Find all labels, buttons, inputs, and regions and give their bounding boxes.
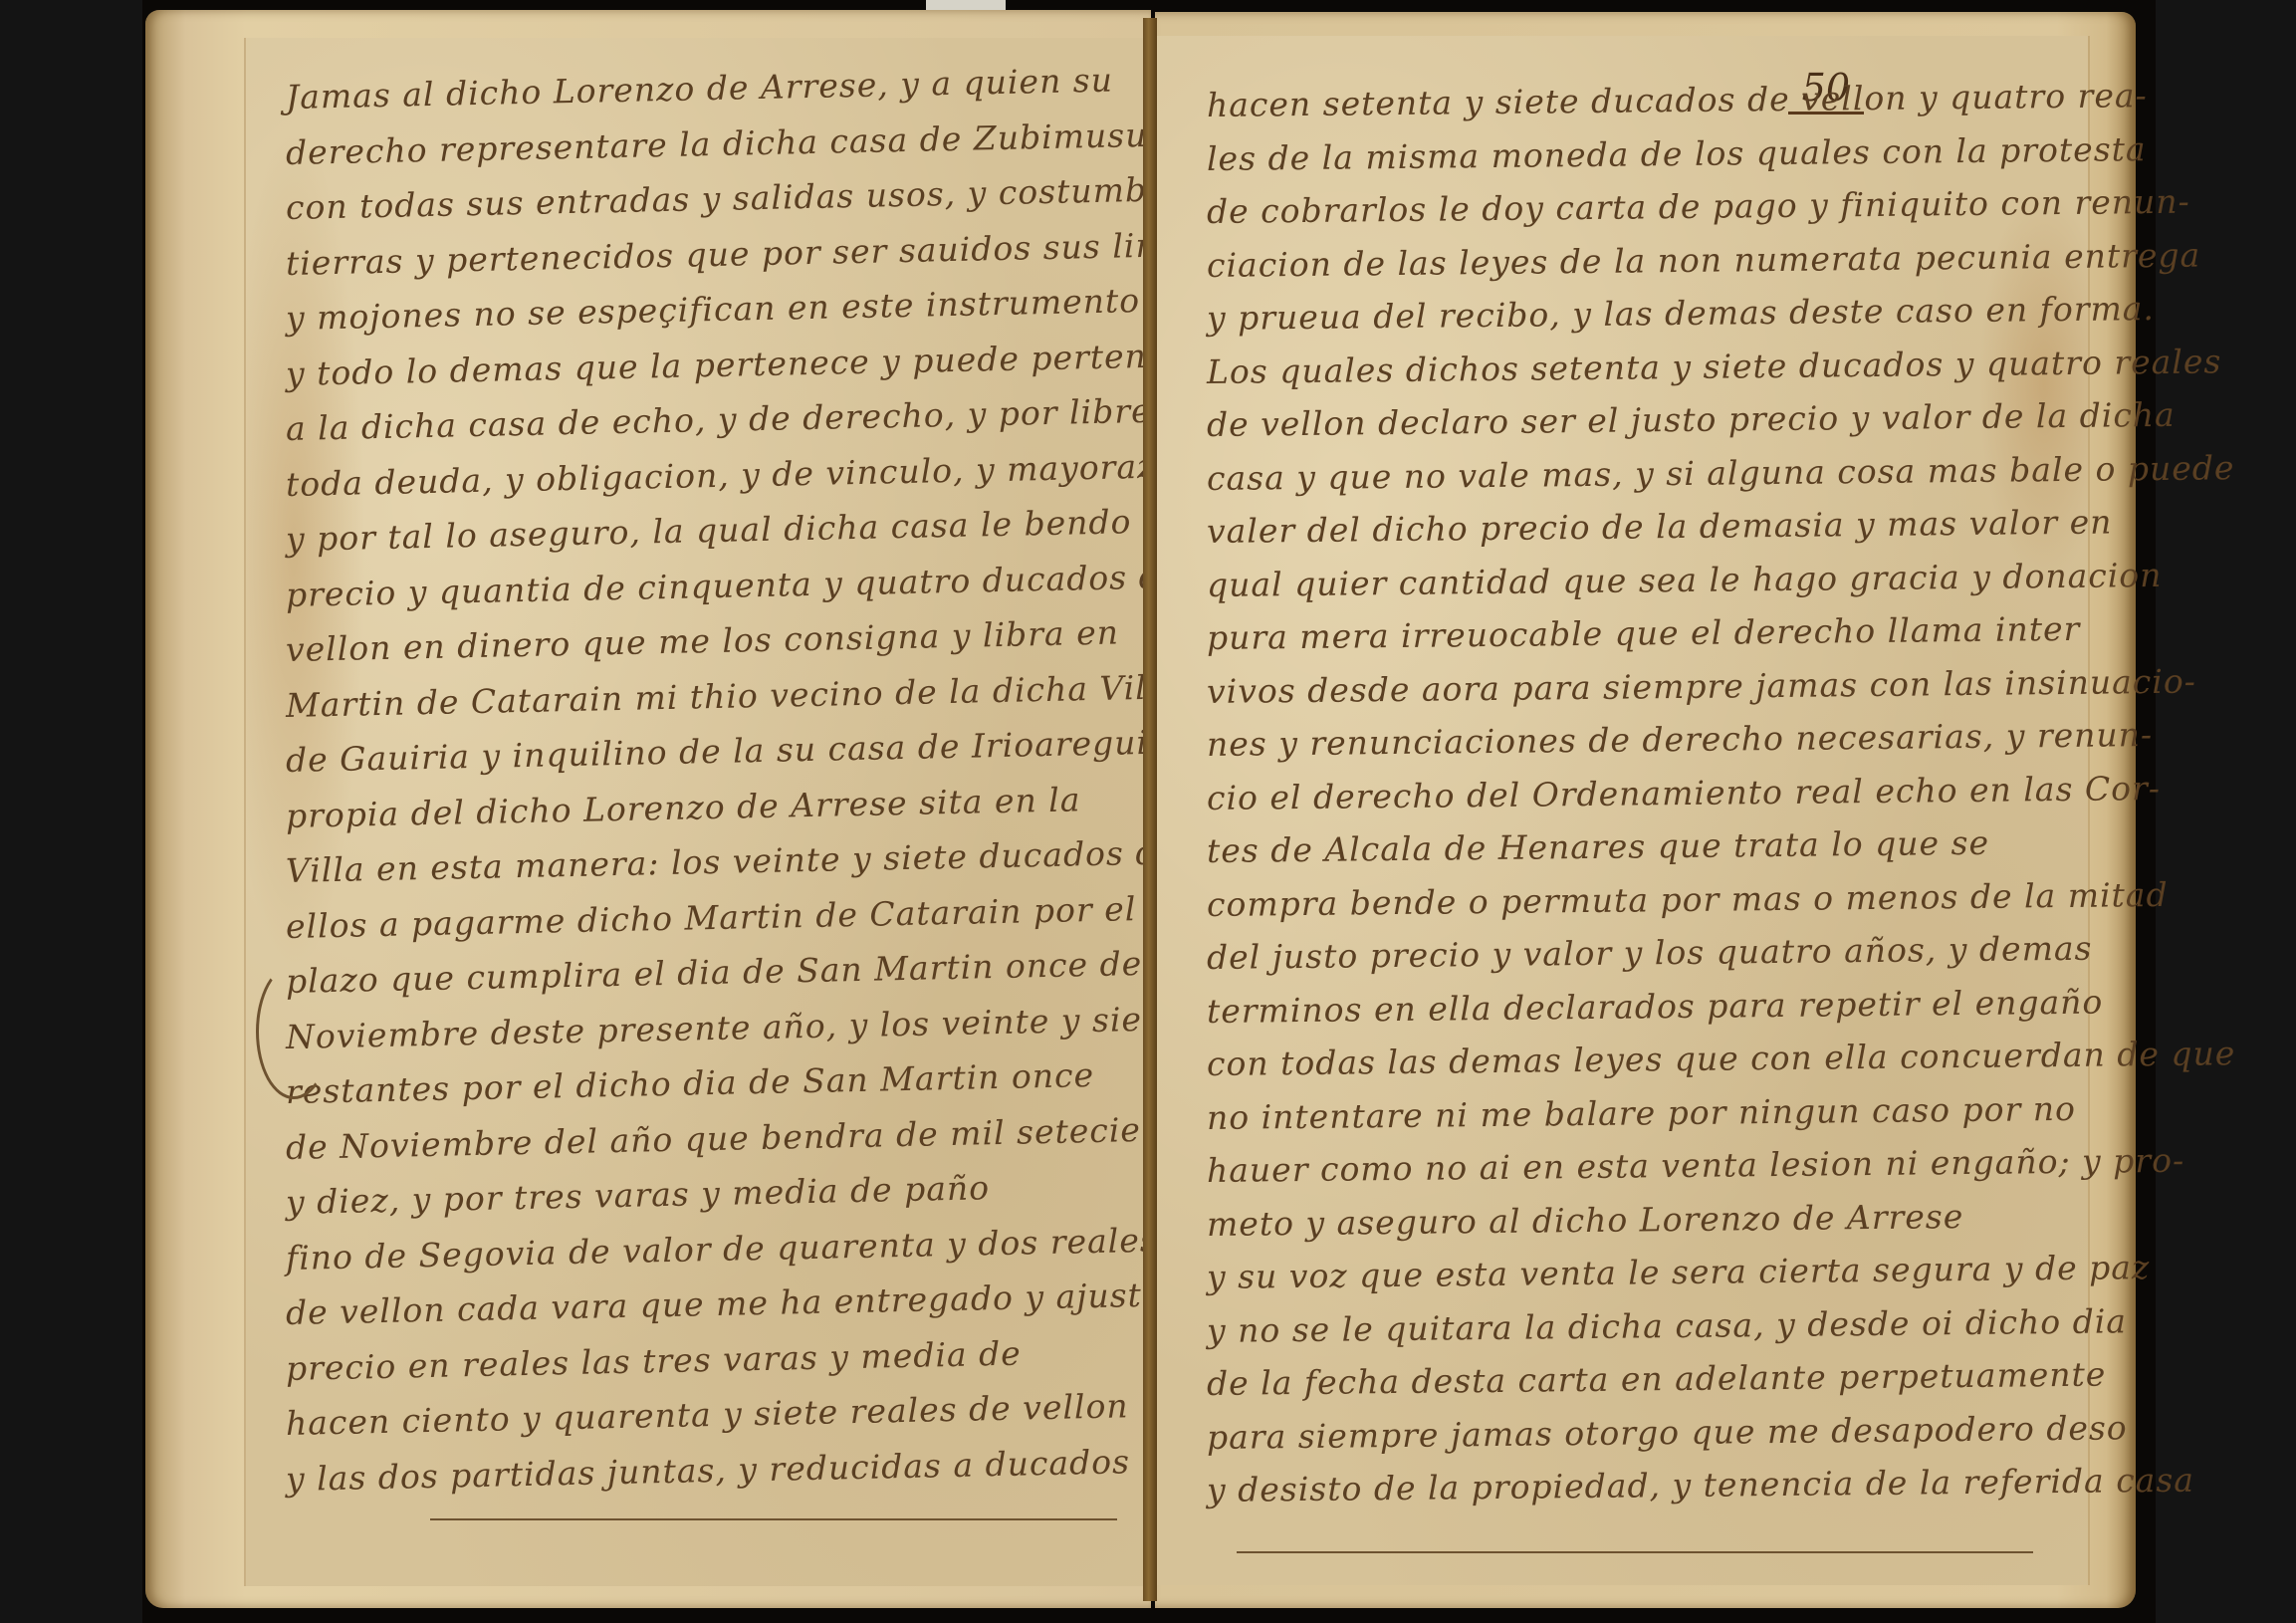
- manuscript-line: tes de Alcala de Henares que trata lo qu…: [1207, 823, 1989, 870]
- manuscript-line: pura mera irreuocable que el derecho lla…: [1207, 609, 2081, 657]
- book-gutter: [1143, 18, 1157, 1601]
- manuscript-line: cio el derecho del Ordenamiento real ech…: [1207, 768, 2161, 816]
- manuscript-line: restantes por el dicho dia de San Martin…: [286, 1055, 1095, 1111]
- manuscript-line: Villa en esta manera: los veinte y siete…: [286, 832, 1179, 890]
- manuscript-line: plazo que cumplira el dia de San Martin …: [286, 944, 1143, 1001]
- manuscript-line: qual quier cantidad que sea le hago grac…: [1207, 555, 2163, 603]
- manuscript-line: no intentare ni me balare por ningun cas…: [1207, 1088, 2076, 1136]
- manuscript-line: de la fecha desta carta en adelante perp…: [1207, 1355, 2107, 1403]
- manuscript-line: de Noviembre del año que bendra de mil s…: [286, 1108, 1217, 1167]
- manuscript-line: vellon en dinero que me los consigna y l…: [286, 612, 1120, 669]
- manuscript-line: Jamas al dicho Lorenzo de Arrese, y a qu…: [286, 61, 1114, 116]
- manuscript-line: de Gauiria y inquilino de la su casa de …: [286, 723, 1149, 780]
- manuscript-line: hacen ciento y quarenta y siete reales d…: [286, 1386, 1129, 1443]
- left-page: Jamas al dicho Lorenzo de Arrese, y a qu…: [244, 38, 1147, 1586]
- manuscript-line: derecho representare la dicha casa de Zu…: [286, 115, 1148, 171]
- manuscript-line: hacen setenta y siete ducados de vellon …: [1207, 76, 2148, 124]
- manuscript-line: y por tal lo aseguro, la qual dicha casa…: [286, 501, 1203, 559]
- manuscript-line: y todo lo demas que la pertenece y puede…: [286, 335, 1225, 393]
- manuscript-line: compra bende o permuta por mas o menos d…: [1207, 874, 2169, 923]
- manuscript-line: les de la misma moneda de los quales con…: [1207, 129, 2147, 178]
- manuscript-line: precio en reales las tres varas y media …: [286, 1333, 1023, 1387]
- manuscript-line: hauer como no ai en esta venta lesion ni…: [1207, 1141, 2185, 1190]
- manuscript-line: a la dicha casa de echo, y de derecho, y…: [286, 390, 1206, 448]
- manuscript-line: y su voz que esta venta le sera cierta s…: [1207, 1248, 2151, 1296]
- manuscript-line: propia del dicho Lorenzo de Arrese sita …: [286, 780, 1081, 835]
- closing-rule: [430, 1518, 1117, 1520]
- manuscript-line: valer del dicho precio de la demasia y m…: [1207, 502, 2113, 551]
- manuscript-line: precio y quantia de cinquenta y quatro d…: [286, 557, 1182, 614]
- right-page: 50 hacen setenta y siete ducados de vell…: [1157, 36, 2090, 1585]
- manuscript-line: vivos desde aora para siempre jamas con …: [1207, 661, 2196, 710]
- manuscript-line: terminos en ella declarados para repetir…: [1207, 982, 2104, 1030]
- manuscript-line: meto y aseguro al dicho Lorenzo de Arres…: [1207, 1197, 1964, 1244]
- manuscript-line: Noviembre deste presente año, y los vein…: [286, 999, 1178, 1056]
- margin-flourish: [256, 964, 332, 1099]
- manuscript-line: toda deuda, y obligacion, y de vinculo, …: [286, 445, 1199, 503]
- manuscript-line: Martin de Catarain mi thio vecino de la …: [286, 667, 1180, 725]
- manuscript-line: para siempre jamas otorgo que me desapod…: [1207, 1408, 2128, 1457]
- manuscript-line: tierras y pertenecidos que por ser sauid…: [286, 224, 1233, 283]
- manuscript-line: ellos a pagarme dicho Martin de Catarain…: [286, 889, 1137, 946]
- manuscript-line: del justo precio y valor y los quatro añ…: [1207, 929, 2093, 977]
- manuscript-line: con todas las demas leyes que con ella c…: [1207, 1034, 2236, 1083]
- manuscript-line: de vellon cada vara que me ha entregado …: [286, 1275, 1206, 1332]
- manuscript-line: fino de Segovia de valor de quarenta y d…: [286, 1220, 1159, 1276]
- manuscript-line: y mojones no se espeçifican en este inst…: [286, 281, 1141, 338]
- closing-rule: [1237, 1551, 2033, 1553]
- manuscript-line: y las dos partidas juntas, y reducidas a…: [286, 1442, 1131, 1499]
- manuscript-line: y diez, y por tres varas y media de paño: [286, 1168, 991, 1222]
- manuscript-line: y no se le quitara la dicha casa, y desd…: [1207, 1301, 2127, 1350]
- manuscript-line: con todas sus entradas y salidas usos, y…: [286, 169, 1203, 227]
- manuscript-line: nes y renunciaciones de derecho necesari…: [1207, 715, 2153, 764]
- manuscript-line: y desisto de la propiedad, y tenencia de…: [1207, 1461, 2194, 1509]
